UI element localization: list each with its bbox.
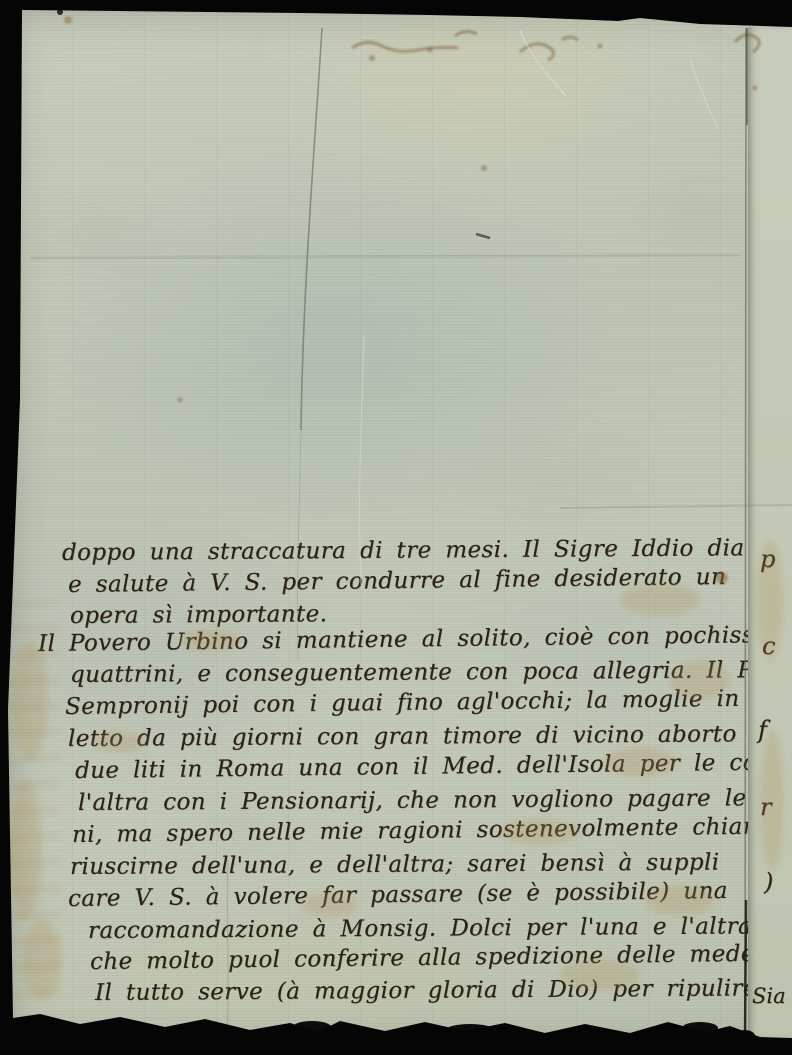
- facing-page-fragment: ): [764, 868, 773, 896]
- facing-page-fragment: r: [760, 793, 771, 821]
- manuscript-line: Il tutto serve (à maggior gloria di Dio)…: [95, 975, 792, 1006]
- facing-page-fragment: c: [762, 632, 775, 660]
- manuscript-line: riuscirne dell'una, e dell'altra; sarei …: [70, 849, 720, 880]
- manuscript-line: quattrini, e conseguentemente con poca a…: [70, 656, 792, 688]
- manuscript-line: l'altra con i Pensionarij, che non vogli…: [78, 785, 792, 816]
- facing-page-fragment: f: [758, 716, 767, 744]
- manuscript-line: doppo una straccatura di tre mesi. Il Si…: [62, 535, 792, 566]
- facing-page-fragment: Sia: [752, 984, 786, 1008]
- ink-bleedthrough-margin: [2, 600, 60, 1020]
- manuscript-line: raccomandazione à Monsig. Dolci per l'un…: [88, 913, 752, 944]
- paper-sheet: doppo una straccatura di tre mesi. Il Si…: [0, 0, 792, 1055]
- manuscript-line: opera sì importante.: [70, 601, 328, 629]
- facing-page-fragment: p: [760, 545, 775, 573]
- manuscript-scan: doppo una straccatura di tre mesi. Il Si…: [0, 0, 792, 1055]
- manuscript-line: letto da più giorni con gran timore di v…: [68, 721, 737, 752]
